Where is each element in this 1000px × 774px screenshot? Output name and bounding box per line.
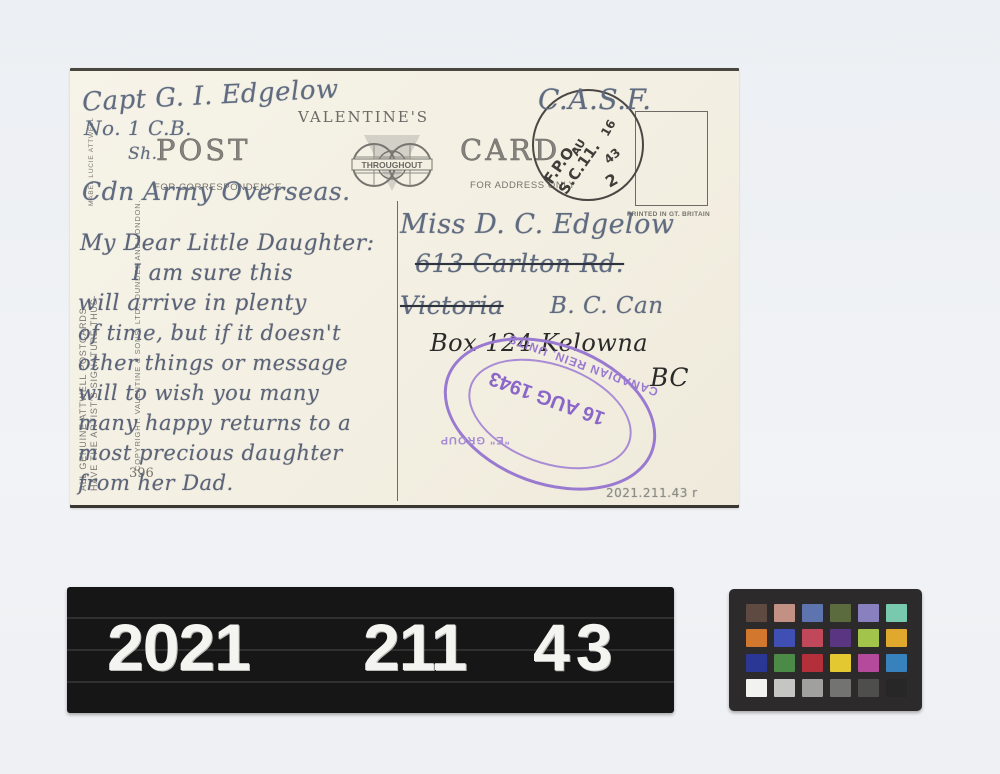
accession-item: 43	[533, 614, 618, 680]
sender-army: Cdn Army Overseas.	[82, 177, 351, 206]
color-swatch	[802, 629, 823, 647]
color-swatch	[746, 604, 767, 622]
color-swatch	[774, 629, 795, 647]
accession-lot: 211	[363, 614, 466, 680]
color-swatch	[858, 654, 879, 672]
color-checker-card	[729, 589, 922, 711]
color-swatch	[746, 654, 767, 672]
stamp-group-text: "E" GROUP	[440, 434, 510, 446]
color-swatch	[858, 629, 879, 647]
color-swatch	[858, 679, 879, 697]
message-line: will arrive in plenty	[78, 291, 307, 316]
globe-logo-icon: THROUGHOUT	[342, 133, 442, 193]
color-swatch	[802, 604, 823, 622]
color-swatch	[746, 679, 767, 697]
color-swatch	[802, 679, 823, 697]
postmark-code: 2	[602, 169, 621, 191]
street-address-struck: 613 Carlton Rd.	[415, 249, 624, 278]
publisher-brand: VALENTINE'S	[298, 108, 429, 126]
color-swatch	[774, 604, 795, 622]
message-line: most precious daughter	[78, 441, 343, 465]
recipient-name: Miss D. C. Edgelow	[400, 209, 675, 240]
postcard: ALL GENUINE ATTWELL POSTCARDS HAVE THE A…	[70, 68, 739, 508]
message-line: from her Dad.	[78, 471, 234, 495]
color-swatch	[774, 654, 795, 672]
city-suffix: B. C. Can	[550, 293, 664, 319]
city-struck: Victoria	[400, 291, 504, 320]
sender-subunit: Sh.	[128, 144, 158, 164]
accession-number-board: 2021 211 43	[67, 587, 674, 713]
color-swatch	[830, 604, 851, 622]
globe-banner-text: THROUGHOUT	[362, 160, 424, 170]
message-line: I am sure this	[132, 261, 293, 286]
scan-background: ALL GENUINE ATTWELL POSTCARDS HAVE THE A…	[0, 0, 1000, 774]
color-swatch	[886, 604, 907, 622]
color-swatch	[830, 654, 851, 672]
color-swatch	[830, 679, 851, 697]
color-swatch	[886, 679, 907, 697]
message-line: of time, but if it doesn't	[78, 321, 341, 345]
message-line: many happy returns to a	[78, 411, 351, 435]
message-line: will to wish you many	[78, 381, 319, 405]
accession-year: 2021	[107, 614, 250, 680]
catalog-number-pencil: 2021.211.43 r	[606, 486, 698, 500]
message-line: My Dear Little Daughter:	[80, 231, 375, 256]
color-swatch	[746, 629, 767, 647]
message-line: other things or message	[78, 351, 348, 375]
service-note: C.A.S.F.	[538, 83, 652, 116]
color-swatch	[886, 629, 907, 647]
postmark-year: 43	[601, 145, 623, 166]
color-swatch	[830, 629, 851, 647]
sender-unit: No. 1 C.B.	[84, 116, 192, 140]
color-swatch	[774, 679, 795, 697]
stamp-box	[635, 111, 708, 206]
color-swatch	[886, 654, 907, 672]
color-swatch	[802, 654, 823, 672]
card-divider-line	[397, 201, 398, 501]
color-swatch	[858, 604, 879, 622]
